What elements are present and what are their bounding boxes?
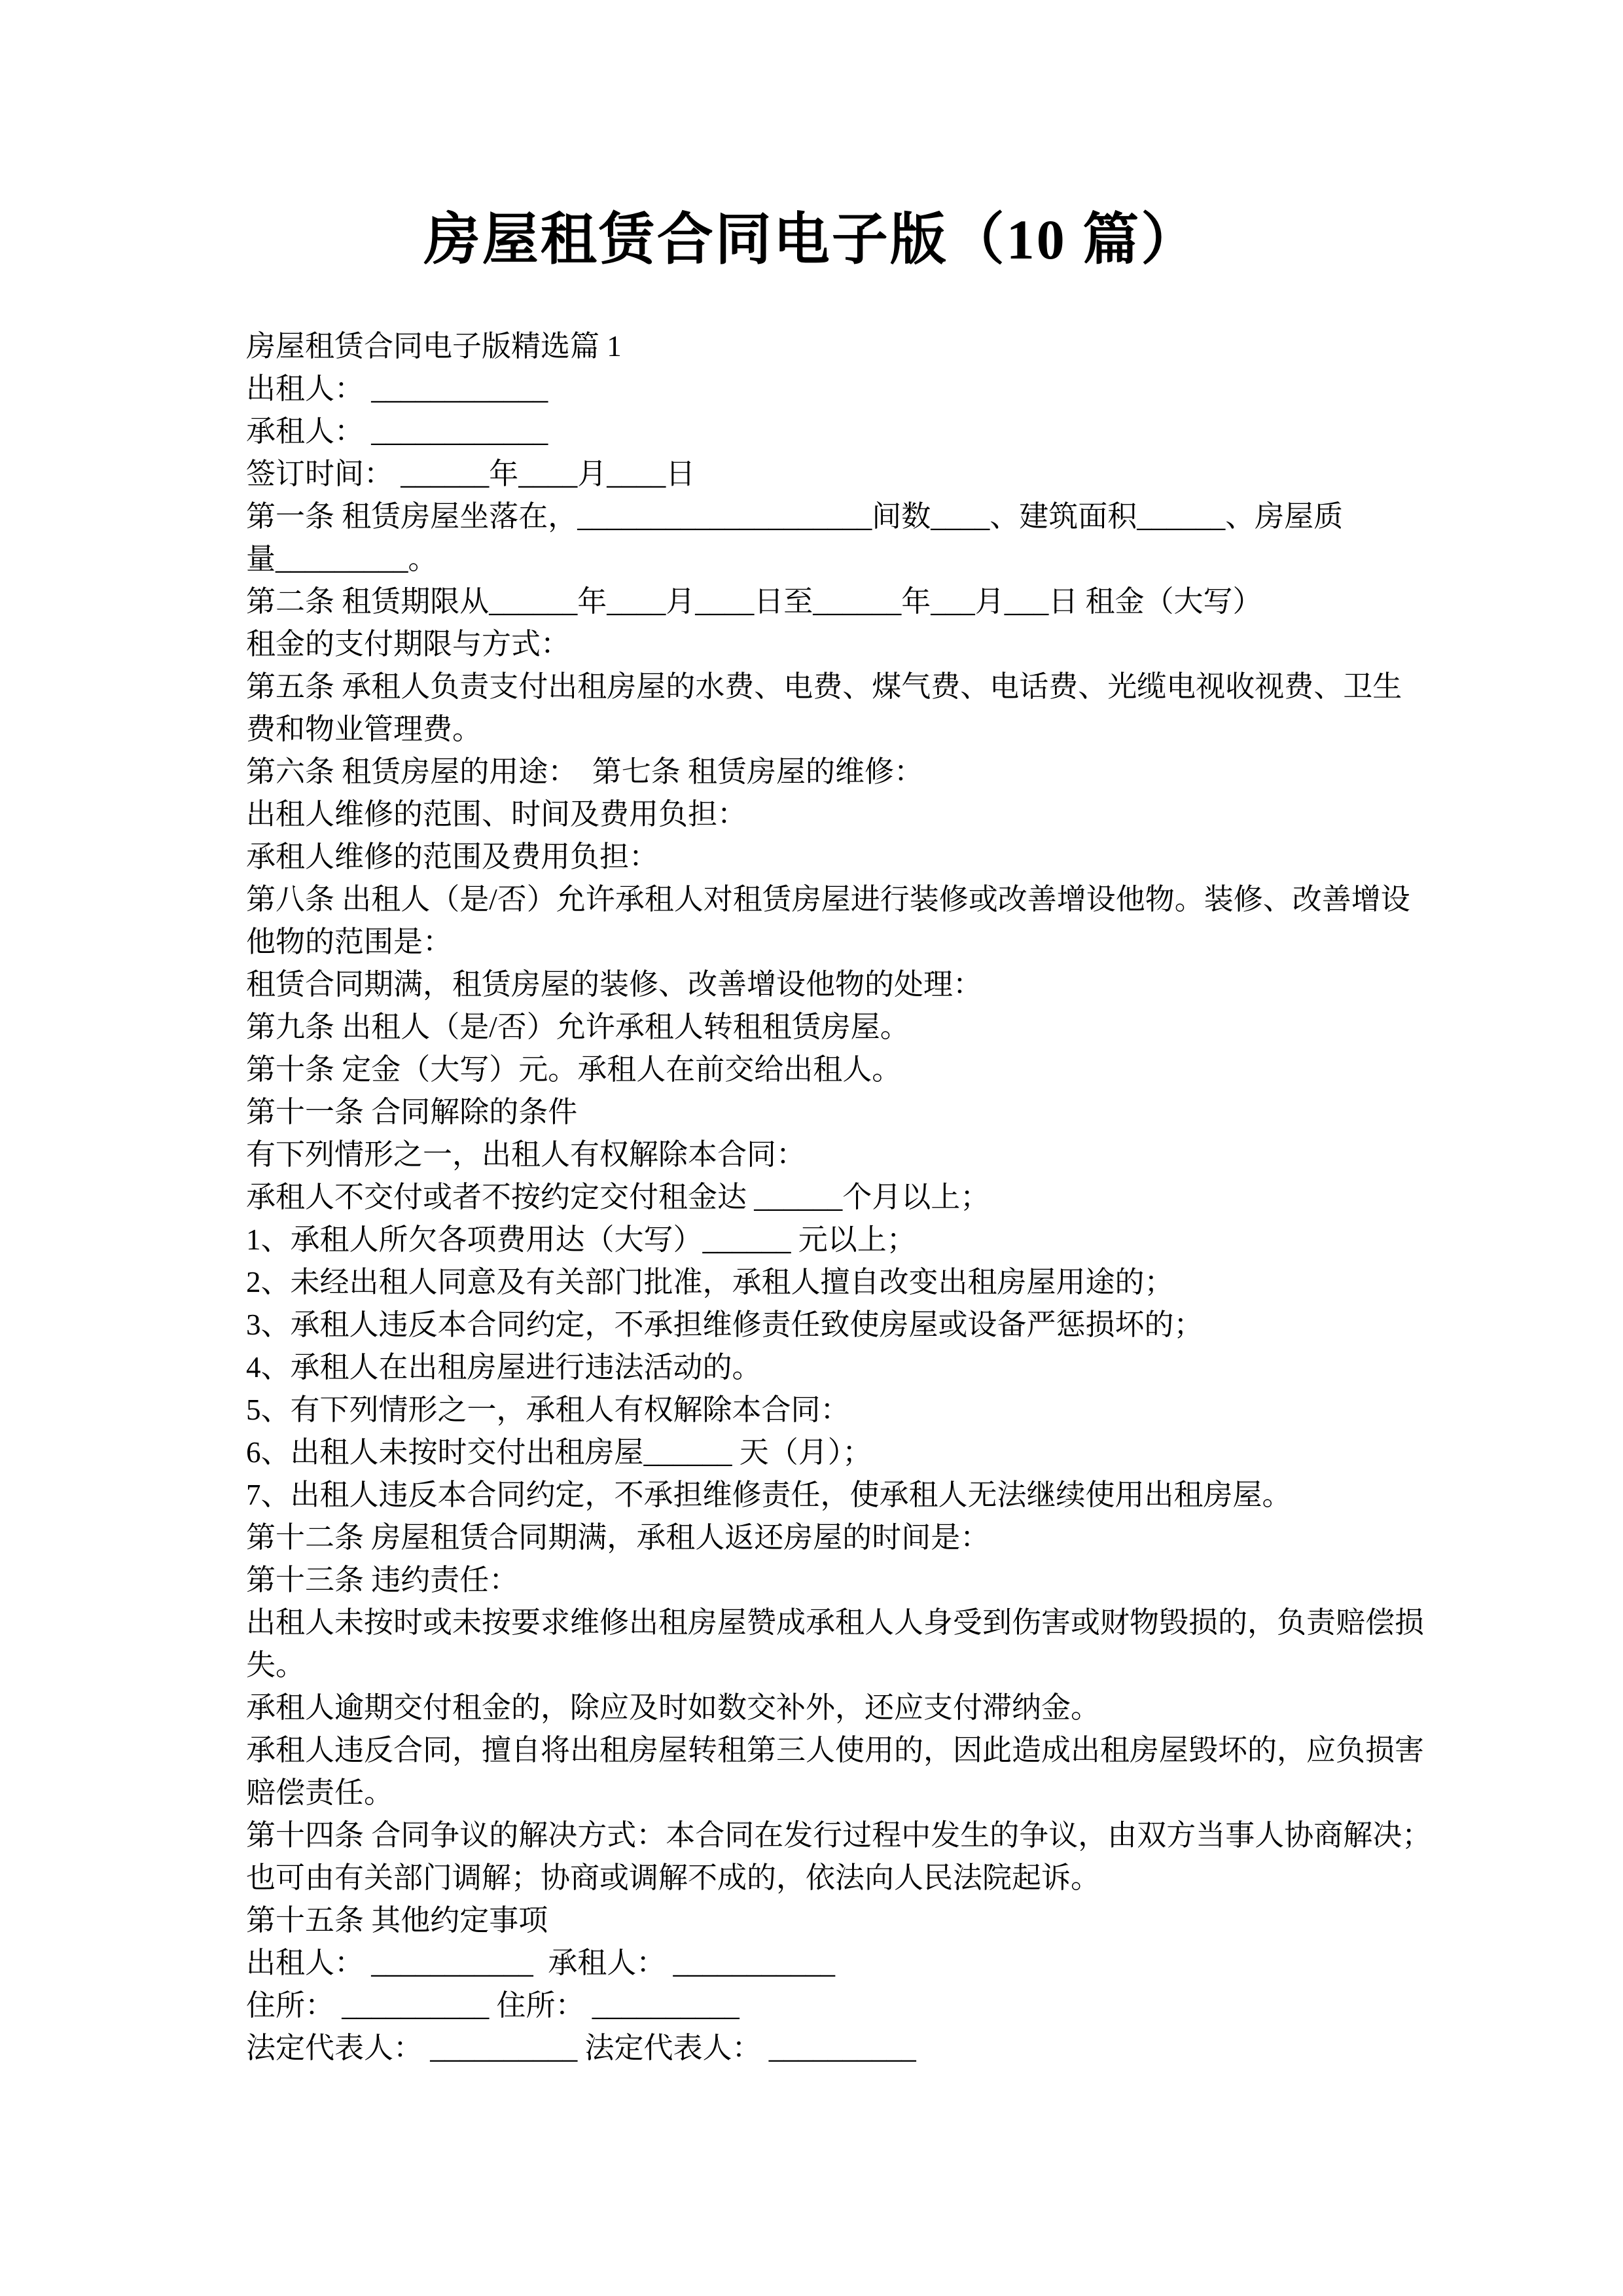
document-line: 第九条 出租人（是/否）允许承租人转租租赁房屋。 [246,1006,1424,1049]
document-line: 他物的范围是： [246,921,1424,963]
document-line: 签订时间： ______年____月____日 [246,453,1424,495]
document-line: 房屋租赁合同电子版精选篇 1 [246,325,1424,368]
document-line: 1、承租人所欠各项费用达（大写）______ 元以上； [246,1219,1424,1261]
document-line: 第六条 租赁房屋的用途： 第七条 租赁房屋的维修： [246,751,1424,793]
document-line: 第十三条 违约责任： [246,1559,1424,1602]
document-line: 3、承租人违反本合同约定，不承担维修责任致使房屋或设备严惩损坏的； [246,1304,1424,1346]
document-line: 出租人维修的范围、时间及费用负担： [246,793,1424,836]
document-line: 住所： __________ 住所： __________ [246,1984,1424,2027]
document-line: 承租人违反合同，擅自将出租房屋转租第三人使用的，因此造成出租房屋毁坏的，应负损害 [246,1729,1424,1772]
document-line: 出租人未按时或未按要求维修出租房屋赞成承租人人身受到伤害或财物毁损的，负责赔偿损 [246,1602,1424,1644]
document-line: 有下列情形之一，出租人有权解除本合同： [246,1134,1424,1176]
document-line: 承租人： ____________ [246,410,1424,453]
document-line: 也可由有关部门调解；协商或调解不成的，依法向人民法院起诉。 [246,1857,1424,1899]
document-line: 6、出租人未按时交付出租房屋______ 天（月）； [246,1431,1424,1474]
document-body: 房屋租赁合同电子版精选篇 1出租人： ____________承租人： ____… [246,325,1424,2070]
document-line: 第一条 租赁房屋坐落在，____________________间数____、建… [246,495,1424,538]
document-line: 量_________。 [246,538,1424,581]
document-line: 赔偿责任。 [246,1772,1424,1814]
document-line: 第十四条 合同争议的解决方式：本合同在发行过程中发生的争议，由双方当事人协商解决… [246,1814,1424,1857]
document-line: 出租人： ____________ [246,368,1424,410]
document-line: 承租人不交付或者不按约定交付租金达 ______个月以上； [246,1176,1424,1219]
document-line: 租金的支付期限与方式： [246,623,1424,666]
document-line: 2、未经出租人同意及有关部门批准，承租人擅自改变出租房屋用途的； [246,1261,1424,1304]
document-line: 法定代表人： __________ 法定代表人： __________ [246,2027,1424,2070]
document-line: 4、承租人在出租房屋进行违法活动的。 [246,1346,1424,1389]
document-line: 第八条 出租人（是/否）允许承租人对租赁房屋进行装修或改善增设他物。装修、改善增… [246,878,1424,921]
document-title: 房屋租赁合同电子版（10 篇） [0,194,1623,275]
document-line: 出租人： ___________ 承租人： ___________ [246,1942,1424,1984]
document-line: 第五条 承租人负责支付出租房屋的水费、电费、煤气费、电话费、光缆电视收视费、卫生 [246,666,1424,708]
document-line: 承租人维修的范围及费用负担： [246,836,1424,878]
document-line: 承租人逾期交付租金的，除应及时如数交补外，还应支付滞纳金。 [246,1687,1424,1729]
document-page: 房屋租赁合同电子版（10 篇） 房屋租赁合同电子版精选篇 1出租人： _____… [0,0,1623,2296]
document-line: 7、出租人违反本合同约定，不承担维修责任，使承租人无法继续使用出租房屋。 [246,1474,1424,1516]
document-line: 第十五条 其他约定事项 [246,1899,1424,1942]
document-line: 失。 [246,1644,1424,1687]
document-line: 费和物业管理费。 [246,708,1424,751]
document-line: 第二条 租赁期限从______年____月____日至______年___月__… [246,581,1424,623]
document-line: 5、有下列情形之一，承租人有权解除本合同： [246,1389,1424,1431]
document-line: 第十条 定金（大写）元。承租人在前交给出租人。 [246,1049,1424,1091]
document-line: 第十二条 房屋租赁合同期满，承租人返还房屋的时间是： [246,1516,1424,1559]
document-line: 租赁合同期满，租赁房屋的装修、改善增设他物的处理： [246,963,1424,1006]
document-line: 第十一条 合同解除的条件 [246,1091,1424,1134]
